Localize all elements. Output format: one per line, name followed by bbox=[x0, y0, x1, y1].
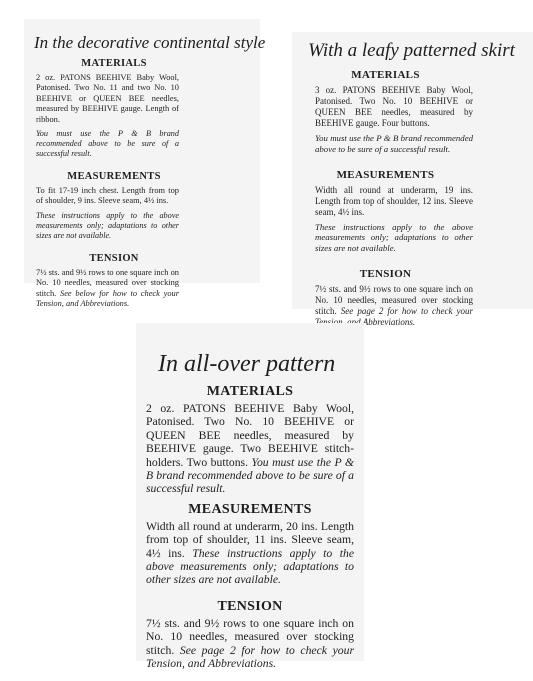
materials-heading: MATERIALS bbox=[36, 58, 252, 69]
measurements-paragraph: Width all round at underarm, 20 ins. Len… bbox=[146, 520, 354, 587]
tension-heading: TENSION bbox=[302, 268, 521, 280]
panel-title: In the decorative continental style bbox=[34, 33, 252, 53]
pattern-panel-leafy-skirt: With a leafy patterned skirt MATERIALS 3… bbox=[292, 32, 533, 309]
measurements-heading: MEASUREMENTS bbox=[146, 502, 354, 518]
pattern-panel-all-over: In all-over pattern MATERIALS 2 oz. PATO… bbox=[136, 323, 364, 661]
materials-text: 2 oz. PATONS BEEHIVE Baby Wool, Patonise… bbox=[36, 73, 179, 125]
materials-paragraph: 2 oz. PATONS BEEHIVE Baby Wool, Patonise… bbox=[146, 402, 354, 496]
materials-note: You must use the P & B brand recommended… bbox=[315, 133, 473, 155]
measurements-note: These instructions apply to the above me… bbox=[315, 222, 473, 254]
measurements-heading: MEASUREMENTS bbox=[36, 171, 252, 182]
measurements-note: These instructions apply to the above me… bbox=[36, 211, 179, 241]
tension-note: See below for how to check your Tension,… bbox=[36, 289, 179, 308]
tension-paragraph: 7½ sts. and 9½ rows to one square inch o… bbox=[315, 284, 473, 328]
tension-heading: TENSION bbox=[36, 253, 252, 264]
panel-title: With a leafy patterned skirt bbox=[302, 40, 521, 62]
tension-paragraph: 7½ sts. and 9½ rows to one square inch o… bbox=[146, 617, 354, 671]
tension-paragraph: 7½ sts. and 9½ rows to one square inch o… bbox=[36, 268, 179, 310]
tension-heading: TENSION bbox=[146, 599, 354, 615]
panel-title: In all-over pattern bbox=[158, 351, 354, 378]
materials-note: You must use the P & B brand recommended… bbox=[36, 129, 179, 159]
pattern-panel-continental: In the decorative continental style MATE… bbox=[24, 19, 260, 283]
measurements-text: To fit 17-19 inch chest. Length from top… bbox=[36, 186, 179, 207]
materials-text: 3 oz. PATONS BEEHIVE Baby Wool, Patonise… bbox=[315, 85, 473, 129]
materials-heading: MATERIALS bbox=[302, 69, 521, 81]
measurements-heading: MEASUREMENTS bbox=[302, 169, 521, 181]
tension-note: See page 2 for how to check your Tension… bbox=[146, 644, 354, 670]
measurements-text: Width all round at underarm, 19 ins. Len… bbox=[315, 185, 473, 218]
materials-heading: MATERIALS bbox=[146, 384, 354, 400]
